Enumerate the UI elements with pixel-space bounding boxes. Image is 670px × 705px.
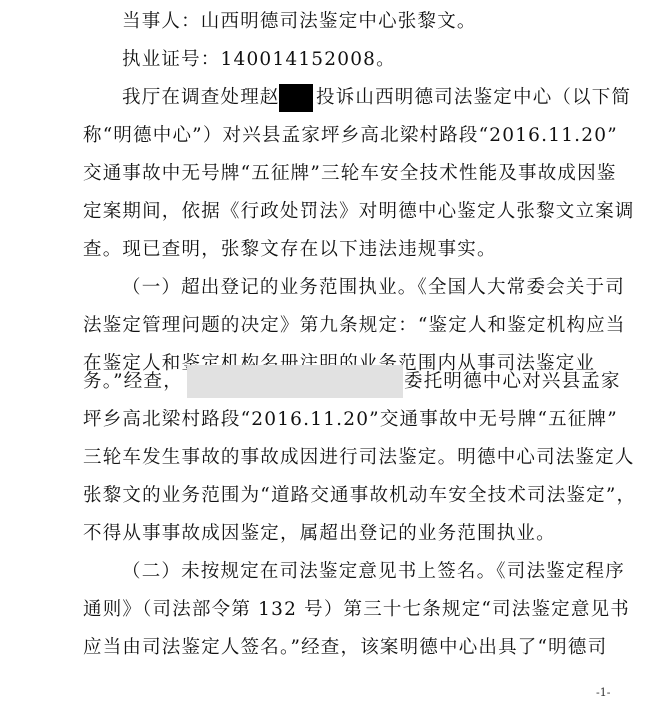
paragraph-line: 务。”经查， <box>83 370 183 394</box>
license-number-line: 执业证号：140014152008。 <box>122 48 396 72</box>
paragraph-line: 交通事故中无号牌“五征牌”三轮车安全技术性能及事故成因鉴 <box>83 162 617 186</box>
section-one-heading: （一）超出登记的业务范围执业。《全国人大常委会关于司 <box>122 276 625 300</box>
paragraph-line: 委托明德中心对兴县孟家 <box>404 370 621 394</box>
page-number: -1- <box>596 686 610 699</box>
paragraph-line: 通则》（司法部令第 132 号）第三十七条规定“司法鉴定意见书 <box>83 598 630 622</box>
section-two-heading: （二）未按规定在司法鉴定意见书上签名。《司法鉴定程序 <box>122 560 625 584</box>
paragraph-line: 法鉴定管理问题的决定》第九条规定：“鉴定人和鉴定机构应当 <box>83 314 626 338</box>
paragraph-line: 坪乡高北梁村路段“2016.11.20”交通事故中无号牌“五征牌” <box>83 408 618 432</box>
redaction-black-box <box>279 84 313 112</box>
paragraph-line: 张黎文的业务范围为“道路交通事故机动车安全技术司法鉴定”， <box>83 484 636 508</box>
paragraph-line: 定案期间，依据《行政处罚法》对明德中心鉴定人张黎文立案调 <box>83 200 635 224</box>
paragraph-line: 称“明德中心”）对兴县孟家坪乡高北梁村路段“2016.11.20” <box>83 124 618 148</box>
party-line: 当事人：山西明德司法鉴定中心张黎文。 <box>122 10 477 34</box>
paragraph-line: 我厅在调查处理赵 <box>122 86 280 110</box>
paragraph-line: 三轮车发生事故的事故成因进行司法鉴定。明德中心司法鉴定人 <box>83 446 635 470</box>
paragraph-line: 应当由司法鉴定人签名。”经查，该案明德中心出具了“明德司 <box>83 636 607 660</box>
paragraph-line: 投诉山西明德司法鉴定中心（以下简 <box>316 86 631 110</box>
paragraph-line: 查。现已查明，张黎文存在以下违法违规事实。 <box>83 238 497 262</box>
redaction-gray-box <box>187 365 403 398</box>
paragraph-line: 不得从事事故成因鉴定，属超出登记的业务范围执业。 <box>83 522 556 546</box>
